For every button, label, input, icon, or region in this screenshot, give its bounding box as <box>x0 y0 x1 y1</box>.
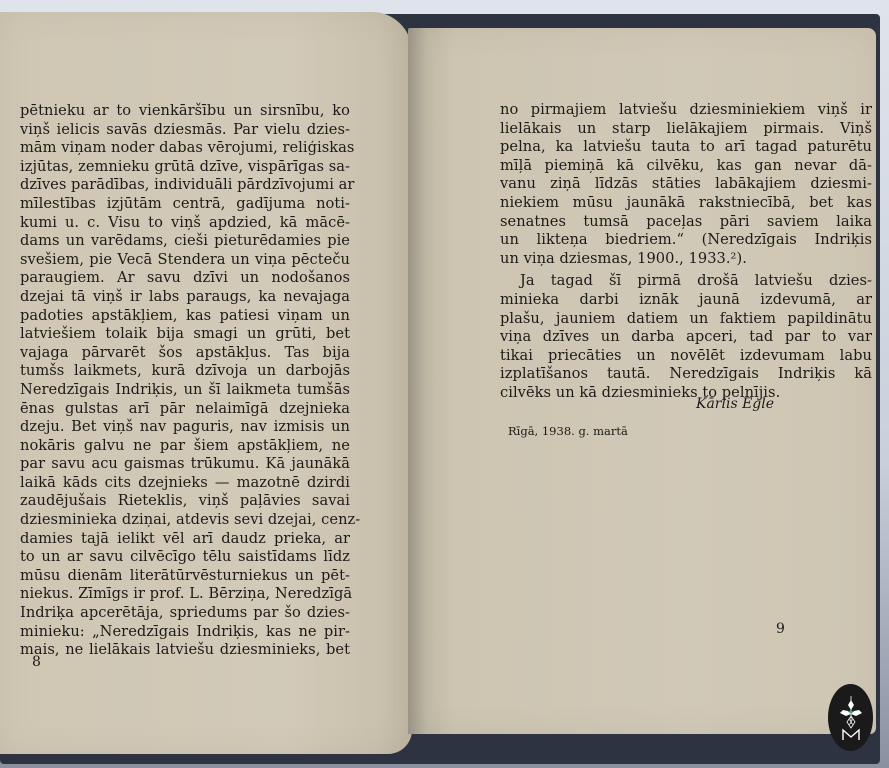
text-line: kumi u. c. Visu to viņš apdzied, kā mācē… <box>20 214 350 233</box>
text-line: dzejai tā viņš ir labs paraugs, ka nevaj… <box>20 288 350 307</box>
text-line: plašu, jauniem datiem un faktiem papildi… <box>500 310 872 329</box>
text-line: par savu acu gaismas trūkumu. Kā jaunākā <box>20 455 350 474</box>
text-line: dzīves parādības, individuāli pārdzīvoju… <box>20 176 350 195</box>
text-line: Ja tagad šī pirmā drošā latviešu dzies- <box>500 272 872 291</box>
text-line: vanu ziņā līdzās stāties labākajiem dzie… <box>500 175 872 194</box>
text-line: to un ar savu cilvēcīgo tēlu saistīdams … <box>20 548 350 567</box>
text-line: mīļā piemiņā kā cilvēku, kas gan nevar d… <box>500 157 872 176</box>
text-line: dzeju. Bet viņš nav paguris, nav izmisis… <box>20 418 350 437</box>
page-number: 9 <box>776 621 785 637</box>
text-line: izjūtas, zemnieku grūtā dzīve, vispārīga… <box>20 158 350 177</box>
text-line: latviešiem tolaik bija smagi un grūti, b… <box>20 325 350 344</box>
text-line: nokāris galvu ne par šiem apstākļiem, ne <box>20 437 350 456</box>
text-line: laikā kāds cits dzejnieks — mazotnē dzir… <box>20 474 350 493</box>
text-line: un likteņa biedriem.“ (Neredzīgais Indri… <box>500 231 872 250</box>
watermark-logo <box>828 684 873 751</box>
text-line: pētnieku ar to vienkāršību un sirsnību, … <box>20 102 350 121</box>
text-line: viņa dzīves un darba apceri, tad par to … <box>500 328 872 347</box>
text-line: svešiem, pie Vecā Stendera un viņa pēcte… <box>20 251 350 270</box>
text-line: niekiem mūsu jaunākā rakstniecībā, bet k… <box>500 194 872 213</box>
left-page: pētnieku ar to vienkāršību un sirsnību, … <box>0 12 412 754</box>
text-line: dams un varēdams, cieši pieturēdamies pi… <box>20 232 350 251</box>
text-line: viņš ielicis savās dziesmās. Par vielu d… <box>20 121 350 140</box>
text-line: tumšs laikmets, kurā dzīvoja un darbojās <box>20 362 350 381</box>
dateline: Rīgā, 1938. g. martā <box>508 424 628 438</box>
text-line: un viņa dziesmas, 1900., 1933.²). <box>500 250 872 269</box>
text-line: mām viņam noder dabas vērojumi, reliģisk… <box>20 139 350 158</box>
flower-monogram-logo-icon <box>834 692 868 744</box>
text-line: minieku: „Neredzīgais Indriķis, kas ne p… <box>20 623 350 642</box>
author-signature: Kārlis Egle <box>696 396 774 412</box>
text-line: pelna, ka latviešu tauta to arī tagad pa… <box>500 138 872 157</box>
text-line: mais, ne lielākais latviešu dziesminieks… <box>20 641 350 660</box>
left-page-body: pētnieku ar to vienkāršību un sirsnību, … <box>20 102 350 660</box>
text-line: no pirmajiem latviešu dziesminiekiem viņ… <box>500 101 872 120</box>
text-line: dziesminieka dziņai, atdevis sevi dzejai… <box>20 511 350 530</box>
text-line: zaudējušais Rieteklis, viņš paļāvies sav… <box>20 492 350 511</box>
text-line: Indriķa apcerētāja, spriedums par šo dzi… <box>20 604 350 623</box>
text-line: lielākais un starp lielākajiem pirmais. … <box>500 120 872 139</box>
right-page-body: no pirmajiem latviešu dziesminiekiem viņ… <box>500 101 872 403</box>
text-line: mūsu dienām literātūrvēsturniekus un pēt… <box>20 567 350 586</box>
text-line: ēnas gulstas arī pār nelaimīgā dzejnieka <box>20 400 350 419</box>
text-line: senatnes tumsā paceļas pāri saviem laika <box>500 213 872 232</box>
text-line: Neredzīgais Indriķis, un šī laikmeta tum… <box>20 381 350 400</box>
text-line: mīlestības izjūtām centrā, gadījuma noti… <box>20 195 350 214</box>
text-line: cilvēks un kā dziesminieks to pelnījis. <box>500 384 872 403</box>
text-line: vajaga pārvarēt šos apstākļus. Tas bija <box>20 344 350 363</box>
text-line: minieka darbi iznāk jaunā izdevumā, ar <box>500 291 872 310</box>
right-page: no pirmajiem latviešu dziesminiekiem viņ… <box>408 28 876 734</box>
text-line: tikai priecāties un novēlēt izdevumam la… <box>500 347 872 366</box>
text-line: damies tajā ielikt vēl arī daudz prieka,… <box>20 530 350 549</box>
text-line: paraugiem. Ar savu dzīvi un nodošanos <box>20 269 350 288</box>
page-number: 8 <box>32 654 41 670</box>
text-line: izplatīšanos tautā. Neredzīgais Indriķis… <box>500 365 872 384</box>
text-line: padoties apstākļiem, kas patiesi viņam u… <box>20 307 350 326</box>
text-line: niekus. Zīmīgs ir prof. L. Bērziņa, Nere… <box>20 585 350 604</box>
